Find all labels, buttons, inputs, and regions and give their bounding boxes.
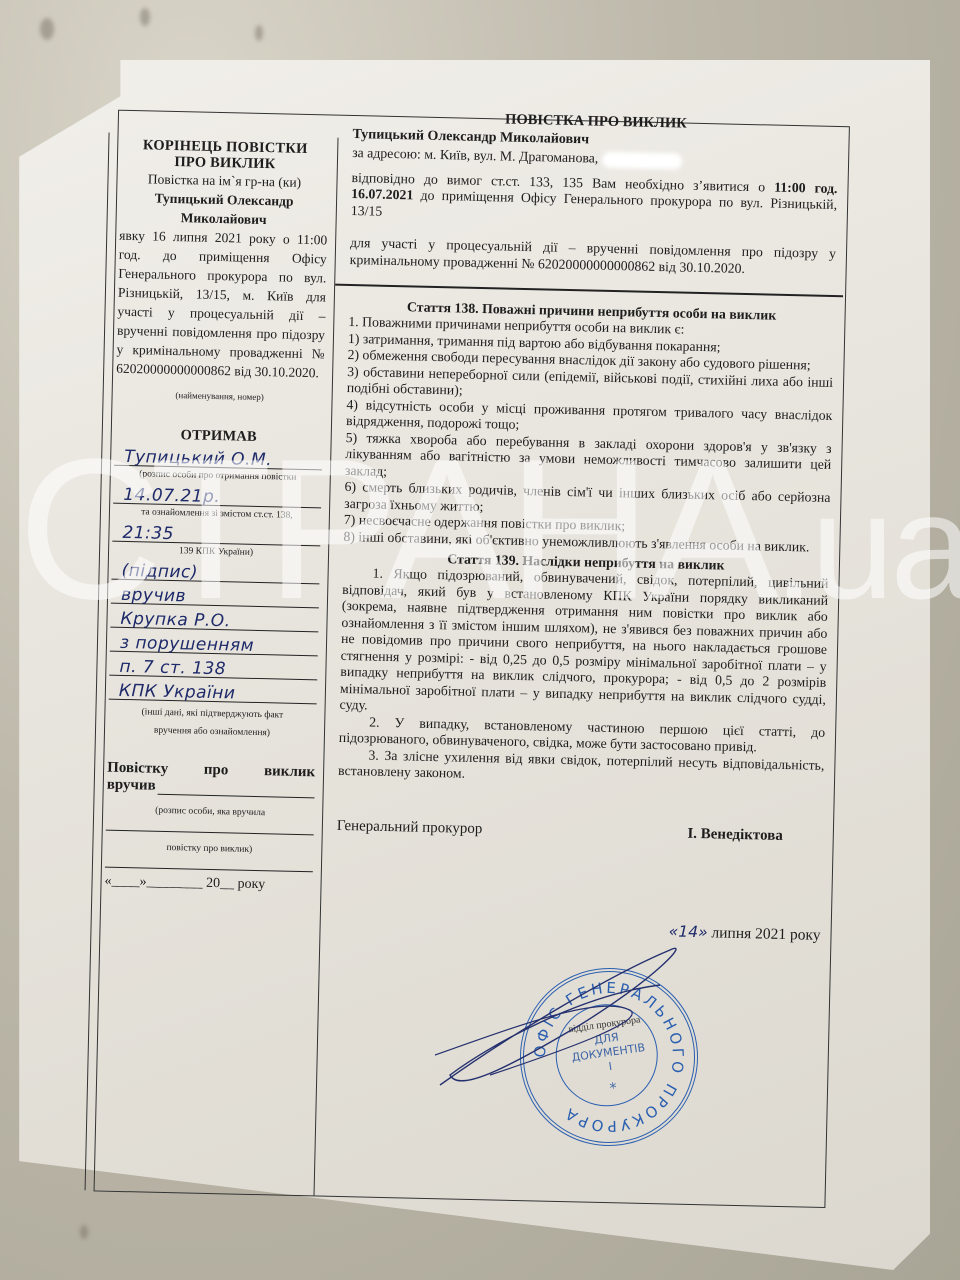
handwritten-note: КПК України [119, 681, 236, 704]
divider [335, 284, 843, 298]
issue-date-rest: липня 2021 року [711, 924, 820, 943]
watermark: СТРАНА.ua [18, 430, 960, 646]
stub-caption-name: (найменування, номер) [116, 388, 324, 405]
other-caption-2: вручення або ознайомлення) [108, 724, 316, 741]
received-line: КПК України [109, 676, 317, 705]
stub-date-line: «____»________ 20__ року [104, 874, 312, 895]
issue-date-day: «14» [669, 922, 708, 941]
stub-body: явку 16 липня 2021 року о 11:00 год. до … [116, 226, 327, 383]
document-frame: КОРІНЕЦЬ ПОВІСТКИ ПРО ВИКЛИК Повістка на… [94, 110, 850, 1208]
stub-name: Тупицький Олександр Миколайович [119, 188, 328, 231]
stub-title: КОРІНЕЦЬ ПОВІСТКИ ПРО ВИКЛИК [121, 137, 330, 174]
summons-para1: відповідно до вимог ст.ст. 133, 135 Вам … [351, 170, 838, 231]
signer-title: Генеральний прокурор [337, 818, 483, 838]
summons-document: КОРІНЕЦЬ ПОВІСТКИ ПРО ВИКЛИК Повістка на… [0, 0, 960, 1280]
official-stamp: ОФІС ГЕНЕРАЛЬНОГО ПРОКУРОРА відділ проку… [508, 956, 709, 1157]
summons-para2: для участі у процесуальній дії – врученн… [350, 235, 837, 279]
other-caption-1: (інші дані, які підтверджують факт [108, 706, 316, 723]
signature-row: Генеральний прокурор І. Венедіктова [337, 818, 823, 846]
stub-column: КОРІНЕЦЬ ПОВІСТКИ ПРО ВИКЛИК Повістка на… [85, 132, 339, 1195]
redacted-address [602, 152, 682, 170]
delivered-signature-line [158, 780, 315, 799]
delivered-label-2: вручив [107, 777, 156, 795]
signer-name: І. Венедіктова [687, 826, 783, 845]
issue-date: «14» липня 2021 року [334, 915, 820, 945]
